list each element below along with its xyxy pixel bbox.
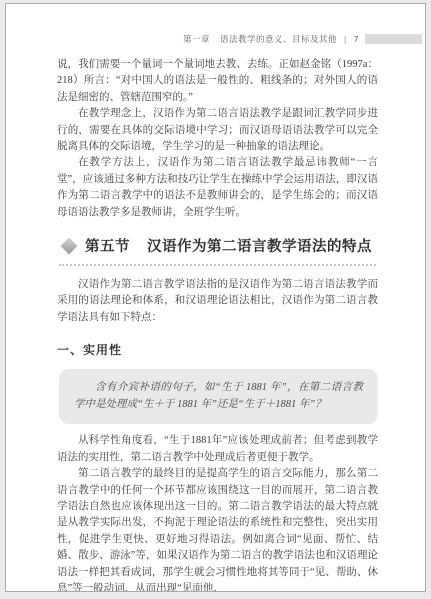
body-paragraph: 在教学方法上，汉语作为第二语言语法教学最忌讳教师“一言堂”，应该通过多种方法和技…	[57, 155, 378, 221]
body-paragraph: 汉语作为第二语言教学语法指的是汉语作为第二语言语法教学而采用的语法理论和体系，和…	[57, 277, 378, 326]
screenshot-background: 第一章 语法教学的意义、目标及其他 | 7 说，我们需要一个量词一个量词地去教、…	[0, 0, 431, 599]
header-chapter: 第一章	[183, 33, 210, 45]
diamond-icon	[61, 237, 78, 254]
header-divider: |	[344, 34, 347, 44]
question-box: 含有介宾补语的句子，如“生于 1881 年”，在第二语言教学中是处理成“生＋于 …	[59, 369, 378, 424]
header-page-number: 7	[354, 34, 359, 44]
book-page: 第一章 语法教学的意义、目标及其他 | 7 说，我们需要一个量词一个量词地去教、…	[5, 3, 426, 592]
body-paragraph: 从科学性角度看，“生于1881年”应该处理成前者；但考虑到教学语法的实用性，第二…	[57, 433, 378, 466]
section-label: 第五节	[85, 235, 130, 256]
header-title: 语法教学的意义、目标及其他	[220, 33, 337, 45]
header-decoration-bar	[365, 34, 422, 44]
section-heading-row: 第五节 汉语作为第二语言教学语法的特点	[57, 235, 378, 266]
body-paragraph: 在教学理念上，汉语作为第二语言语法教学是跟词汇教学同步进行的，需要在具体的交际语…	[57, 106, 378, 155]
body-paragraph: 说，我们需要一个量词一个量词地去教、去练。正如赵金铭（1997a：218）所言：…	[57, 57, 378, 106]
section-heading: 第五节 汉语作为第二语言教学语法的特点	[59, 235, 376, 266]
subsection-title: 一、实用性	[57, 341, 378, 358]
body-paragraph: 第二语言教学的最终目的是提高学生的语言交际能力，那么第二语言教学中的任何一个环节…	[57, 466, 378, 592]
page-header: 第一章 语法教学的意义、目标及其他 | 7	[6, 33, 425, 45]
section-title: 汉语作为第二语言教学语法的特点	[147, 235, 372, 256]
page-content: 说，我们需要一个量词一个量词地去教、去练。正如赵金铭（1997a：218）所言：…	[6, 45, 425, 592]
question-box-text: 含有介宾补语的句子，如“生于 1881 年”，在第二语言教学中是处理成“生＋于 …	[74, 379, 363, 413]
